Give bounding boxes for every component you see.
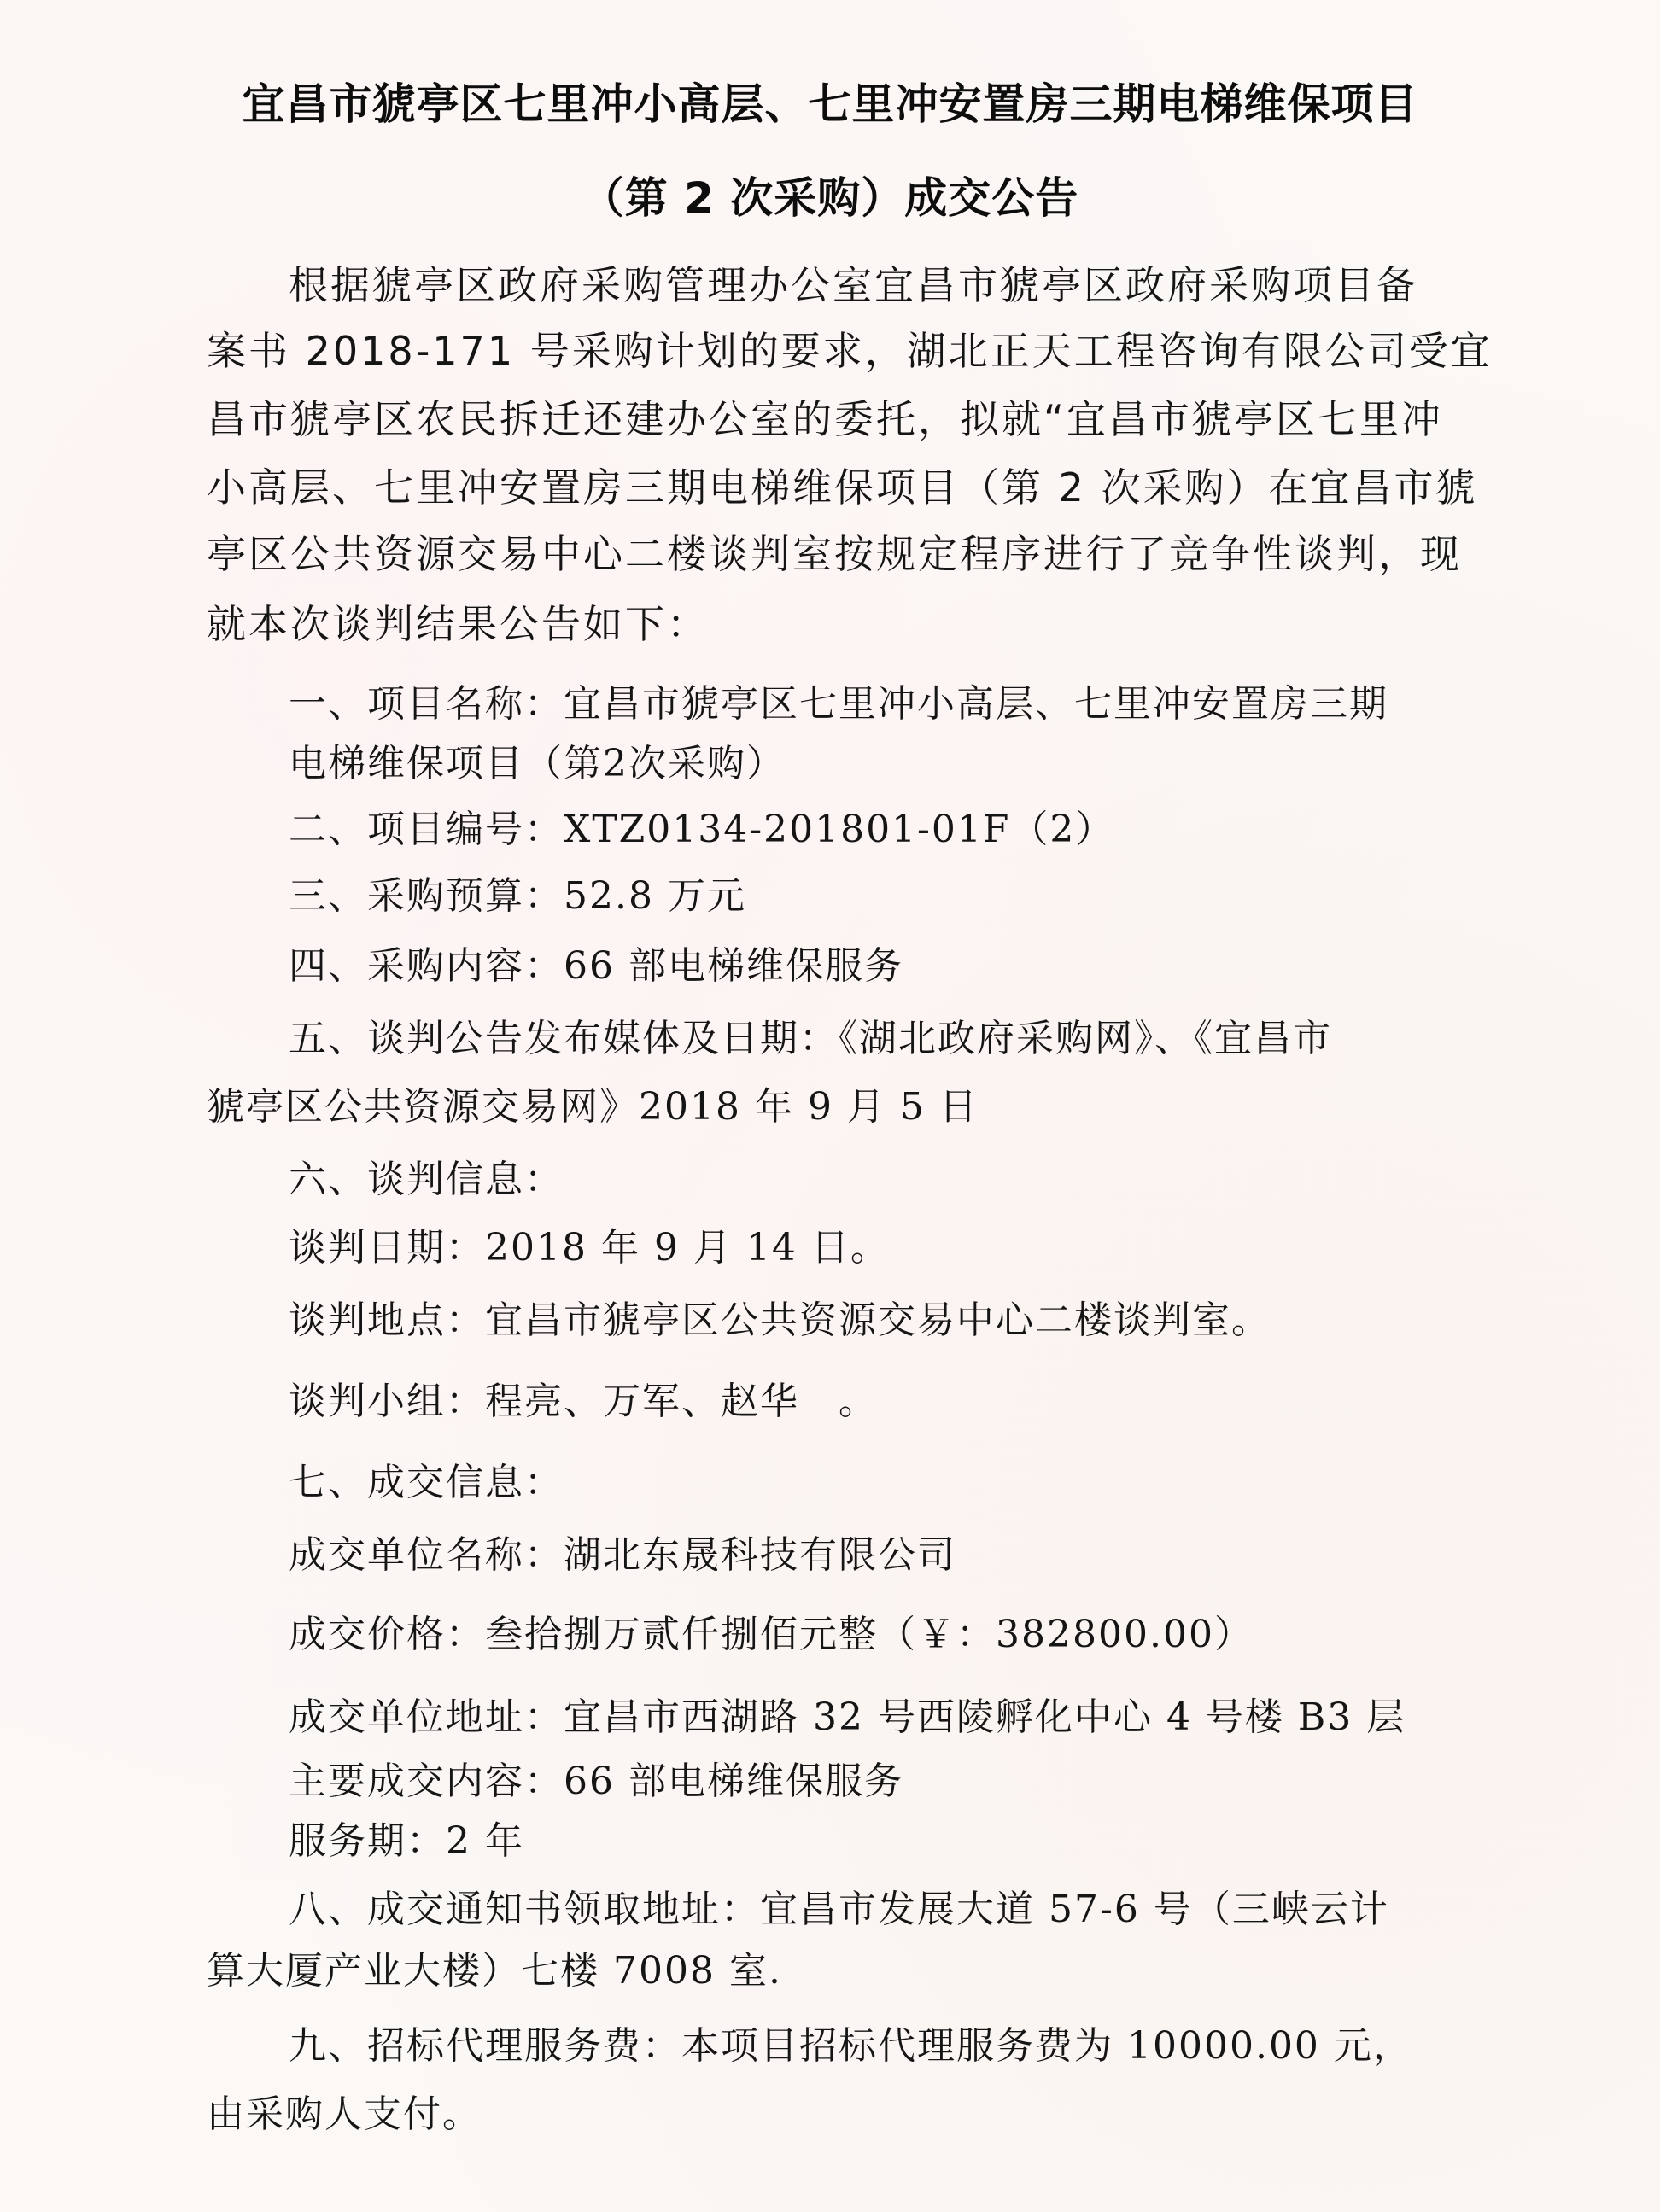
intro-line-6: 就本次谈判结果公告如下：	[207, 593, 709, 650]
section-media-1: 五、谈判公告发布媒体及日期：《湖北政府采购网》、《宜昌市	[289, 1007, 1332, 1062]
document-page: 宜昌市猇亭区七里冲小高层、七里冲安置房三期电梯维保项目 （第 2 次采购）成交公…	[0, 0, 1660, 2212]
deal-heading: 七、成交信息：	[289, 1451, 564, 1506]
negotiation-place: 谈判地点：宜昌市猇亭区公共资源交易中心二楼谈判室。	[289, 1289, 1271, 1344]
intro-line-5: 亭区公共资源交易中心二楼谈判室按规定程序进行了竞争性谈判，现	[207, 523, 1462, 580]
section-project-name-1: 一、项目名称：宜昌市猇亭区七里冲小高层、七里冲安置房三期	[289, 673, 1388, 727]
deal-main-content: 主要成交内容：66 部电梯维保服务	[289, 1750, 903, 1805]
intro-line-4: 小高层、七里冲安置房三期电梯维保项目（第 2 次采购）在宜昌市猇	[207, 457, 1478, 513]
section-project-number: 二、项目编号：XTZ0134-201801-01F（2）	[289, 798, 1114, 853]
negotiation-heading: 六、谈判信息：	[289, 1148, 564, 1203]
section-budget: 三、采购预算：52.8 万元	[289, 865, 746, 919]
service-period: 服务期：2 年	[289, 1810, 524, 1865]
notice-address-2: 算大厦产业大楼）七楼 7008 室.	[207, 1940, 782, 1994]
negotiation-panel: 谈判小组：程亮、万军、赵华 。	[289, 1370, 878, 1425]
intro-line-3: 昌市猇亭区农民拆迁还建办公室的委托，拟就“宜昌市猇亭区七里冲	[207, 388, 1443, 445]
intro-line-1: 根据猇亭区政府采购管理办公室宜昌市猇亭区政府采购项目备	[289, 254, 1418, 311]
intro-line-2: 案书 2018-171 号采购计划的要求，湖北正天工程咨询有限公司受宜	[207, 320, 1493, 376]
negotiation-date: 谈判日期：2018 年 9 月 14 日。	[289, 1217, 890, 1271]
document-title-line-1: 宜昌市猇亭区七里冲小高层、七里冲安置房三期电梯维保项目	[0, 70, 1660, 131]
agency-fee-1: 九、招标代理服务费：本项目招标代理服务费为 10000.00 元，	[289, 2015, 1412, 2069]
notice-address-1: 八、成交通知书领取地址：宜昌市发展大道 57-6 号（三峡云计	[289, 1878, 1389, 1933]
deal-company: 成交单位名称：湖北东晟科技有限公司	[289, 1524, 956, 1579]
deal-price: 成交价格：叁拾捌万贰仟捌佰元整（￥：382800.00）	[289, 1603, 1254, 1658]
document-title-line-2: （第 2 次采购）成交公告	[0, 164, 1660, 225]
section-project-name-2: 电梯维保项目（第2次采购）	[289, 732, 786, 787]
deal-address: 成交单位地址：宜昌市西湖路 32 号西陵孵化中心 4 号楼 B3 层	[289, 1686, 1406, 1741]
section-content: 四、采购内容：66 部电梯维保服务	[289, 935, 903, 989]
section-media-2: 猇亭区公共资源交易网》2018 年 9 月 5 日	[207, 1076, 979, 1130]
agency-fee-2: 由采购人支付。	[207, 2083, 482, 2138]
